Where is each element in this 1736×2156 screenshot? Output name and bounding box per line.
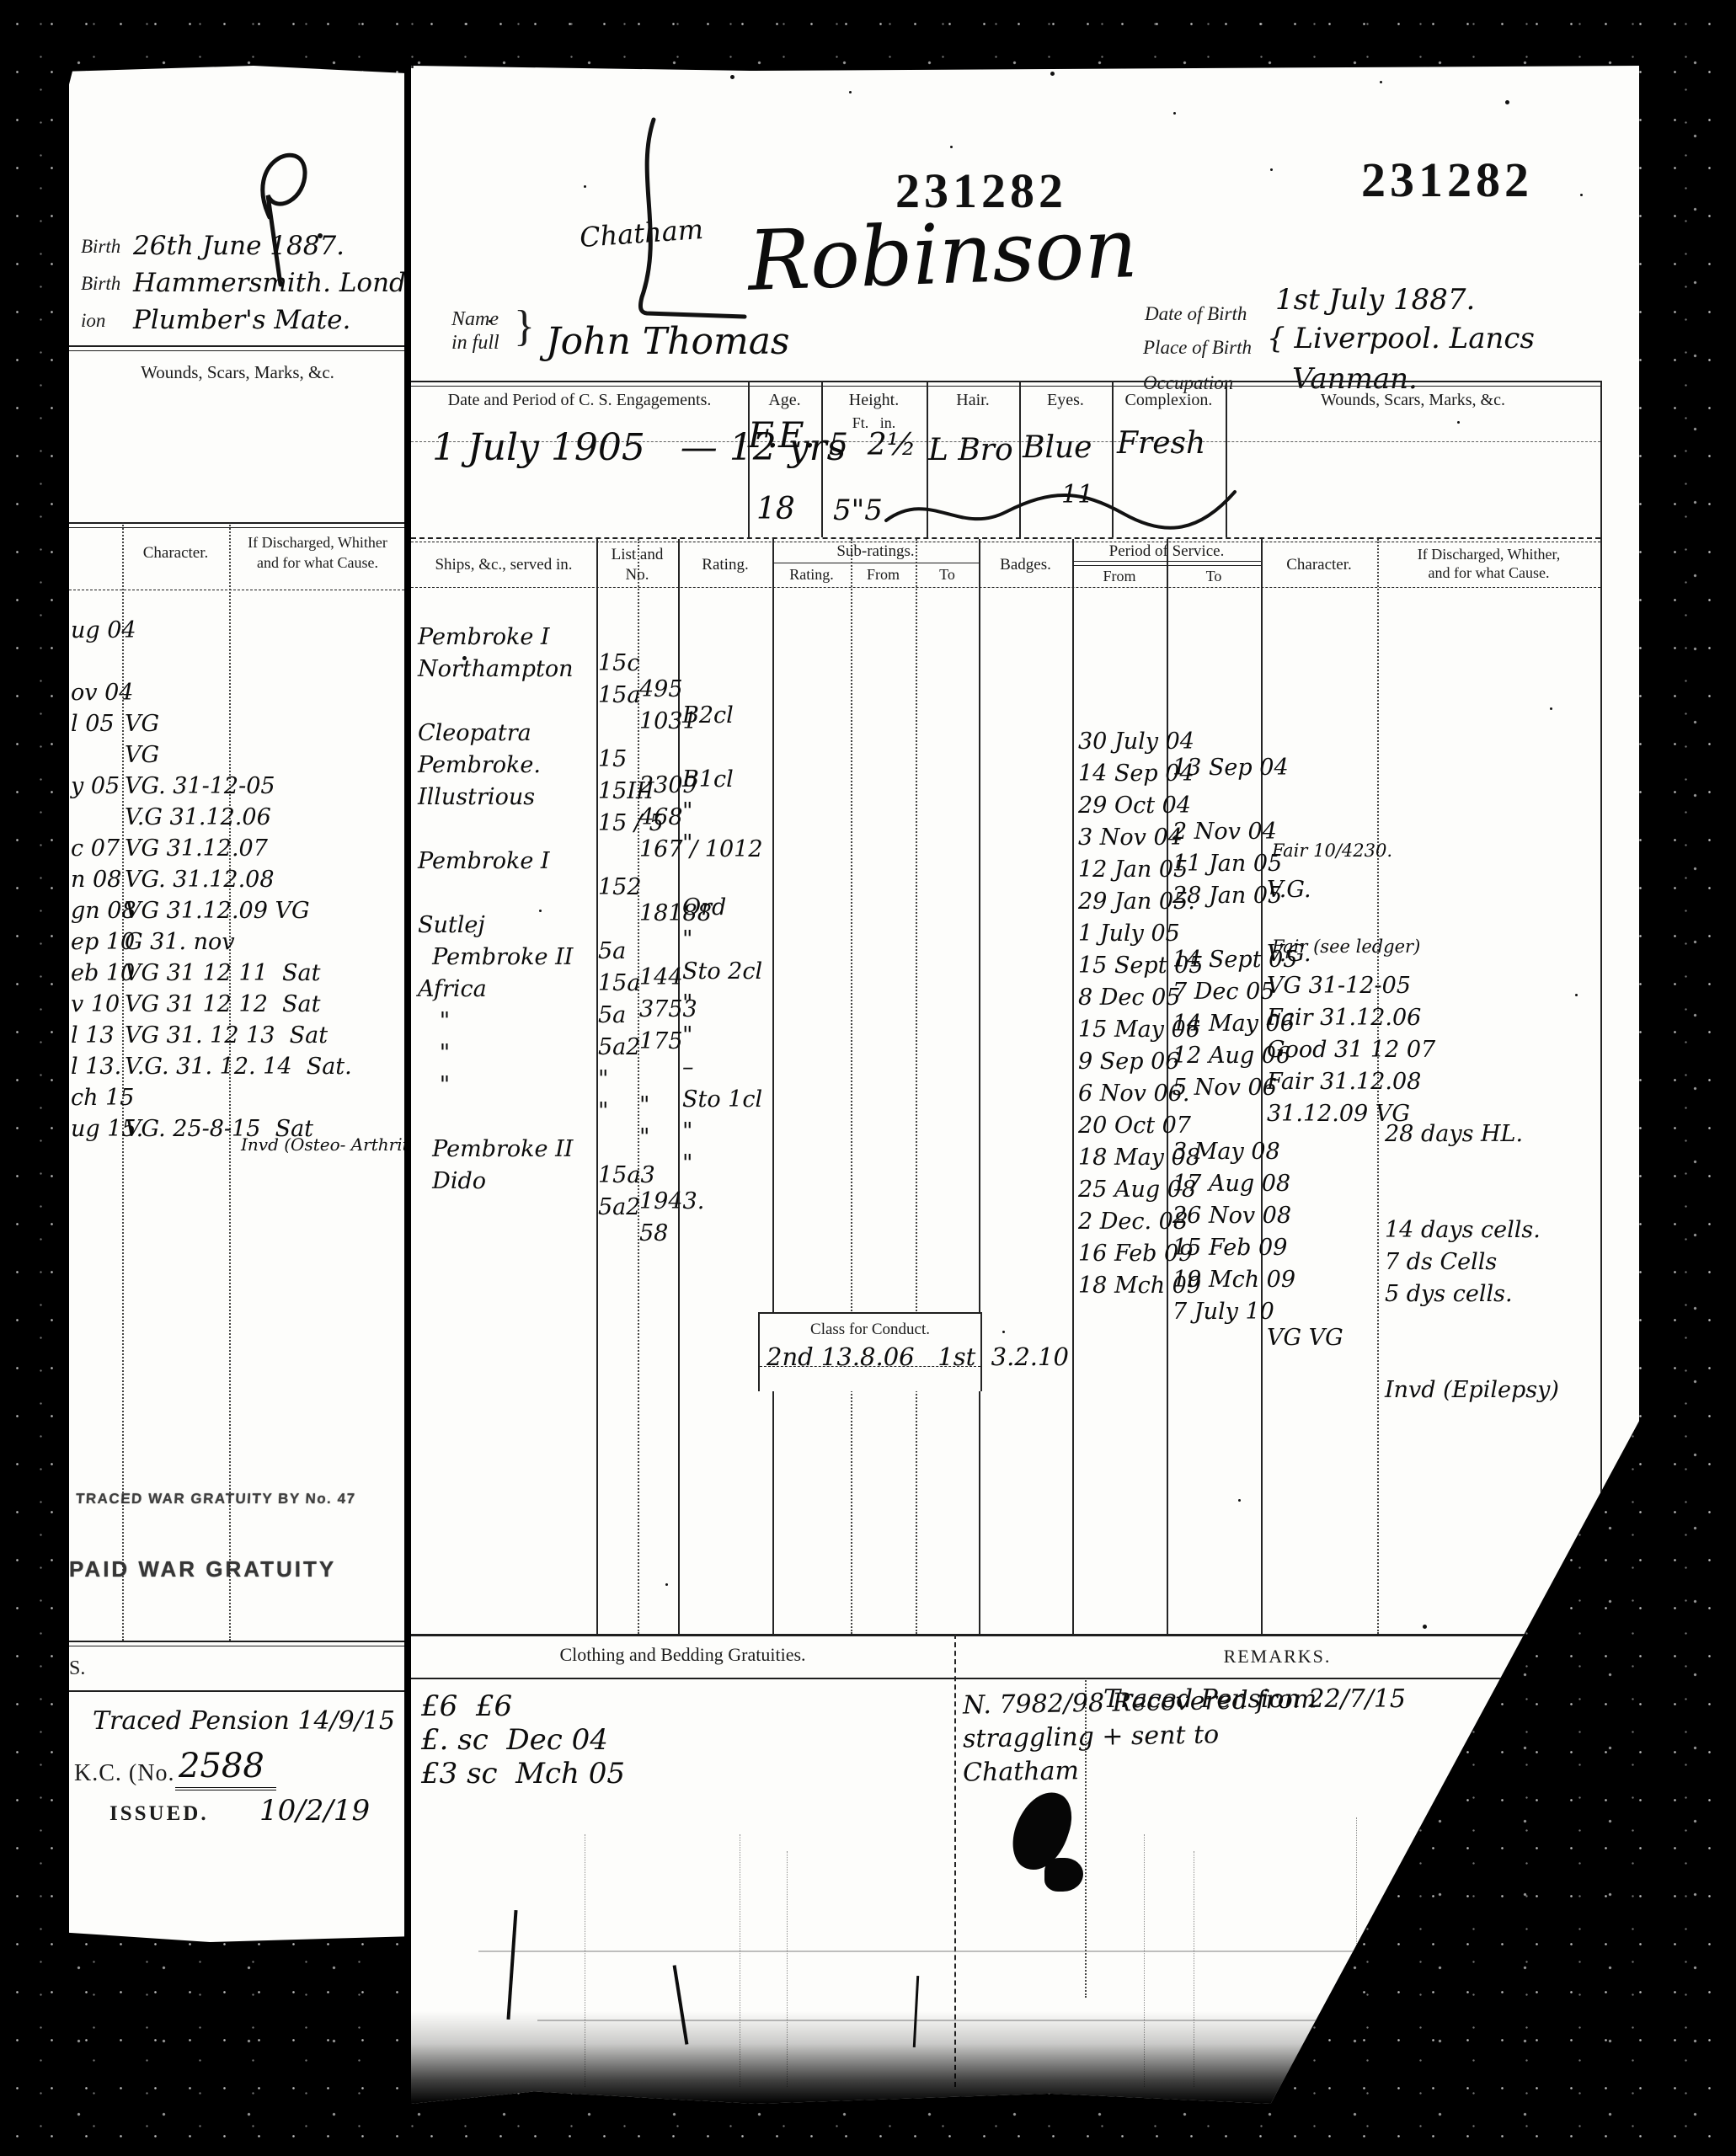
entry-character: VG. 31-12-05 <box>125 773 275 799</box>
service-row: Pembroke I 15c 495 B2cl 30 July 04 13 Se… <box>411 598 1600 630</box>
left-field-row: Birth 26th June 1887. <box>69 231 404 268</box>
entry-character: VG 31 12 11 Sat <box>125 960 321 986</box>
entry-character: VG 31.12.07 <box>125 835 268 862</box>
stray-ink-stroke <box>506 1910 517 2020</box>
height-header: Height. <box>821 391 927 410</box>
discharged-note: 7 ds Cells <box>1385 1249 1497 1275</box>
from-date: 25 Aug 08 <box>1078 1177 1196 1203</box>
left-entry-row: l 13 VG 31. 12 13 Sat <box>69 1022 404 1054</box>
to-date: 7 July 10 <box>1172 1299 1274 1325</box>
period-to-header: To <box>1167 568 1261 585</box>
left-field-row: Birth Hammersmith. London. <box>69 268 404 305</box>
entry-character: VG 31 12 12 Sat <box>125 991 321 1017</box>
subratings-header: Sub-ratings. <box>772 542 979 561</box>
discharged-note: Invd (Epilepsy) <box>1385 1377 1559 1403</box>
name-label-line2: in full <box>451 332 499 355</box>
engagements-header: Date and Period of C. S. Engagements. <box>411 391 748 410</box>
class-for-conduct-value: 2nd 13.8.06 1st 3.2.10 <box>767 1342 1069 1371</box>
remarks-header: REMARKS. <box>954 1646 1600 1668</box>
left-entry-row: VG <box>69 742 404 773</box>
subrating-from-header: From <box>851 566 916 584</box>
number-value: 58 <box>639 1220 668 1246</box>
list-header-2: No. <box>596 566 678 584</box>
engagement-complexion: Fresh <box>1117 426 1205 461</box>
scanned-service-record: Birth 26th June 1887. Birth Hammersmith.… <box>0 0 1736 2156</box>
ink-specks <box>411 66 414 68</box>
dob-label: Date of Birth <box>1145 303 1247 325</box>
engagement-age-mark: F.E. <box>748 414 815 456</box>
left-entry-row: ov 04 <box>69 680 404 711</box>
left-entry-row: ug 04 <box>69 617 404 648</box>
service-row: Pembroke. 15III 468 " 12 Jan 05 28 Jan 0… <box>411 726 1600 758</box>
entry-date-fragment: y 05 <box>71 773 120 799</box>
engagement-hair: L Bro <box>928 433 1013 467</box>
dob-value: 1st July 1887. <box>1275 283 1475 317</box>
pob-label: Place of Birth <box>1143 337 1252 359</box>
rating-header: Rating. <box>678 556 772 574</box>
left-field-label: Birth <box>81 273 120 295</box>
from-date: 16 Feb 09 <box>1078 1241 1193 1267</box>
clothing-lines: £6 £6 £. sc Dec 04 £3 sc Mch 05 <box>421 1689 625 1790</box>
subrating-to-header: To <box>916 566 979 584</box>
ink-blot-small <box>1044 1858 1083 1892</box>
discharged-header-1: If Discharged, Whither, <box>1377 546 1600 563</box>
engagement-height-2: 5"5 <box>833 494 883 527</box>
to-date: 26 Nov 08 <box>1172 1203 1291 1229</box>
issued-label: ISSUED. <box>110 1802 209 1826</box>
engagement-eyes: Blue <box>1023 430 1092 465</box>
ships-header: Ships, &c., served in. <box>411 556 596 574</box>
eyes-mark: 11 <box>1061 480 1093 510</box>
service-row: Dido 5a2 58 18 Mch 09 7 July 10 VG VG In… <box>411 1142 1600 1174</box>
left-field-label: Birth <box>81 236 120 258</box>
entry-character: VG 31.12.09 VG <box>125 898 310 924</box>
discharged-header-2: and for what Cause. <box>1377 564 1600 582</box>
name-brace: } <box>514 302 535 351</box>
entry-date-fragment: n 08 <box>71 867 121 893</box>
from-date: 2 Dec. 08 <box>1078 1209 1188 1235</box>
entry-character: V.G 31.12.06 <box>125 804 271 830</box>
period-of-service-header: Period of Service. <box>1072 542 1261 561</box>
entry-date-fragment: v 10 <box>71 991 120 1017</box>
left-field-value: Hammersmith. London. <box>133 268 446 298</box>
character-value: VG VG <box>1267 1325 1343 1351</box>
issued-value: 10/2/19 <box>259 1794 370 1828</box>
left-character-header: Character. <box>122 544 229 563</box>
left-entry-row: ch 15 <box>69 1085 404 1116</box>
left-entry-row: n 08 VG. 31.12.08 <box>69 867 404 898</box>
entry-character: VG <box>125 742 159 768</box>
left-entry-row: v 10 VG 31 12 12 Sat <box>69 991 404 1022</box>
clothing-line: £3 sc Mch 05 <box>421 1757 625 1790</box>
engagement-height-1: 5 2½ <box>829 428 916 462</box>
left-entry-row <box>69 648 404 680</box>
left-page: Birth 26th June 1887. Birth Hammersmith.… <box>69 66 404 1942</box>
left-discharged-header-line2: and for what Cause. <box>231 554 404 572</box>
scan-scratch <box>478 1951 1523 1952</box>
service-row: " " " " 18 May 08 17 Aug 08 7 ds Cells <box>411 1014 1600 1046</box>
subrating-rating-header: Rating. <box>772 566 851 584</box>
kc-number-label: K.C. (No. <box>74 1760 174 1787</box>
hair-header: Hair. <box>927 391 1019 410</box>
service-row: Northampton 15a 1031 14 Sep 04 <box>411 630 1600 662</box>
wounds-header: Wounds, Scars, Marks, &c. <box>1226 391 1600 410</box>
age-header: Age. <box>748 391 821 410</box>
entry-date-fragment: ch 15 <box>71 1085 134 1111</box>
left-wounds-header: Wounds, Scars, Marks, &c. <box>103 362 372 383</box>
service-row: 2 Dec. 08 15 Feb 09 <box>411 1078 1600 1110</box>
discharged-note: 14 days cells. <box>1385 1217 1541 1243</box>
left-field-row: ion Plumber's Mate. <box>69 305 404 342</box>
left-entry-row: ug 15. VG. 25-8-15 Sat Invd (Osteo- Arth… <box>69 1116 404 1147</box>
entry-date-fragment: ug 04 <box>71 617 136 643</box>
list-header-1: List and <box>596 546 678 564</box>
class-for-conduct-label: Class for Conduct. <box>760 1321 980 1339</box>
bottom-scan-fade <box>411 2011 1639 2104</box>
clothing-line: £. sc Dec 04 <box>421 1723 625 1757</box>
service-row: " " " " 25 Aug 08 26 Nov 08 5 dys cells. <box>411 1046 1600 1078</box>
left-field-label: ion <box>81 310 105 332</box>
entry-character: VG. 31.12.08 <box>125 867 275 893</box>
from-date: 18 Mch 09 <box>1078 1273 1201 1299</box>
left-entry-row: V.G 31.12.06 <box>69 804 404 835</box>
left-edge-fragment: S. <box>69 1657 85 1680</box>
service-row: Ord 1 July 05 14 Sept 05 VG 31-12-05 <box>411 790 1600 822</box>
left-entries: ug 04 ov 04 l 05 V <box>69 617 404 1147</box>
discharged-note: 5 dys cells. <box>1385 1281 1513 1307</box>
entry-character: G 31. nov <box>125 929 235 955</box>
entry-date-fragment: c 07 <box>71 835 120 862</box>
left-field-value: Plumber's Mate. <box>133 305 350 335</box>
surname: Robinson <box>746 200 1139 310</box>
entry-date-fragment: l 13. <box>71 1054 121 1080</box>
entry-date-fragment: ov 04 <box>71 680 133 706</box>
service-row: " 5a2 Sto 1cl 20 Oct 07 3 May 08 14 days… <box>411 982 1600 1014</box>
pob-value: { Liverpool. Lancs <box>1267 322 1535 355</box>
kc-number-value: 2588 <box>175 1747 276 1790</box>
left-entry-row: l 05 VG <box>69 711 404 742</box>
entry-date-fragment: l 05 <box>71 711 115 737</box>
left-entry-row: y 05 VG. 31-12-05 <box>69 773 404 804</box>
main-page: Chatham 231282 231282 Name in full } Joh… <box>411 66 1639 2104</box>
left-discharged-header-line1: If Discharged, Whither <box>231 534 404 552</box>
entry-character: V.G. 31. 12. 14 Sat. <box>125 1054 352 1080</box>
left-entry-row: ep 10 G 31. nov <box>69 929 404 960</box>
list-value: 5a2 <box>598 1194 640 1220</box>
left-entry-row: eb 10 VG 31 12 11 Sat <box>69 960 404 991</box>
eyes-header: Eyes. <box>1019 391 1112 410</box>
entry-character: VG 31. 12 13 Sat <box>125 1022 328 1049</box>
name-label-line1: Name <box>451 308 499 331</box>
remarks-line: Chatham <box>963 1750 1317 1790</box>
engagement-age: 18 <box>756 492 795 526</box>
period-from-header: From <box>1072 568 1167 585</box>
left-entry-row: gn 08 VG 31.12.09 VG <box>69 898 404 929</box>
clothing-gratuities-header: Clothing and Bedding Gratuities. <box>411 1644 954 1666</box>
badges-header: Badges. <box>979 556 1072 574</box>
service-rows: Pembroke I 15c 495 B2cl 30 July 04 13 Se… <box>411 598 1600 1174</box>
left-entry-row: c 07 VG 31.12.07 <box>69 835 404 867</box>
pen-squiggle <box>879 477 1242 544</box>
paid-war-gratuity-stamp: PAID WAR GRATUITY <box>69 1556 336 1582</box>
ship-name: Dido <box>418 1168 486 1194</box>
left-birth-fields: Birth 26th June 1887. Birth Hammersmith.… <box>69 231 404 342</box>
number-value: 1943. <box>639 1188 704 1214</box>
left-field-value: 26th June 1887. <box>133 231 345 261</box>
service-row: Africa 5a 175 – 6 Nov 06. <box>411 950 1600 982</box>
character-header: Character. <box>1261 556 1377 574</box>
service-number-right: 231282 <box>1361 152 1533 208</box>
service-row: Pembroke II 15a3 1943. 16 Feb 09 19 Mch … <box>411 1110 1600 1142</box>
service-row: B1cl 29 Oct 04 2 Nov 04 <box>411 662 1600 694</box>
traced-pension-note: Traced Pension 14/9/15 <box>93 1706 395 1736</box>
service-row: Sutlej 5a 144 " 15 May 06 12 Aug 06 Fair… <box>411 886 1600 918</box>
complexion-header: Complexion. <box>1112 391 1226 410</box>
class-for-conduct-box: Class for Conduct. 2nd 13.8.06 1st 3.2.1… <box>758 1312 982 1391</box>
clothing-line: £6 £6 <box>421 1689 625 1723</box>
service-row: Sto 2cl 8 Dec 05 14 May 06 Good 31 12 07 <box>411 854 1600 886</box>
pen-flourish <box>603 116 755 327</box>
entry-date-fragment: l 13 <box>71 1022 115 1049</box>
remarks-traced-pension: Traced Pension 22/7/15 <box>1103 1684 1406 1714</box>
traced-war-gratuity-stamp: TRACED WAR GRATUITY BY No. 47 <box>75 1491 356 1508</box>
entry-note: Invd (Osteo- Arthritis <box>241 1134 423 1155</box>
service-row: Pembroke I 152 18188 " 15 Sept 05 7 Dec … <box>411 822 1600 854</box>
service-row: Pembroke II 15a 3753 " 9 Sep 06 5 Nov 06… <box>411 918 1600 950</box>
left-entry-row: l 13. V.G. 31. 12. 14 Sat. <box>69 1054 404 1085</box>
entry-character: VG <box>125 711 159 737</box>
service-row: Illustrious 15 / 5 167 / 1012 29 Jan 05.… <box>411 758 1600 790</box>
service-row: Cleopatra 15 2309 " 3 Nov 04 11 Jan 05 V… <box>411 694 1600 726</box>
